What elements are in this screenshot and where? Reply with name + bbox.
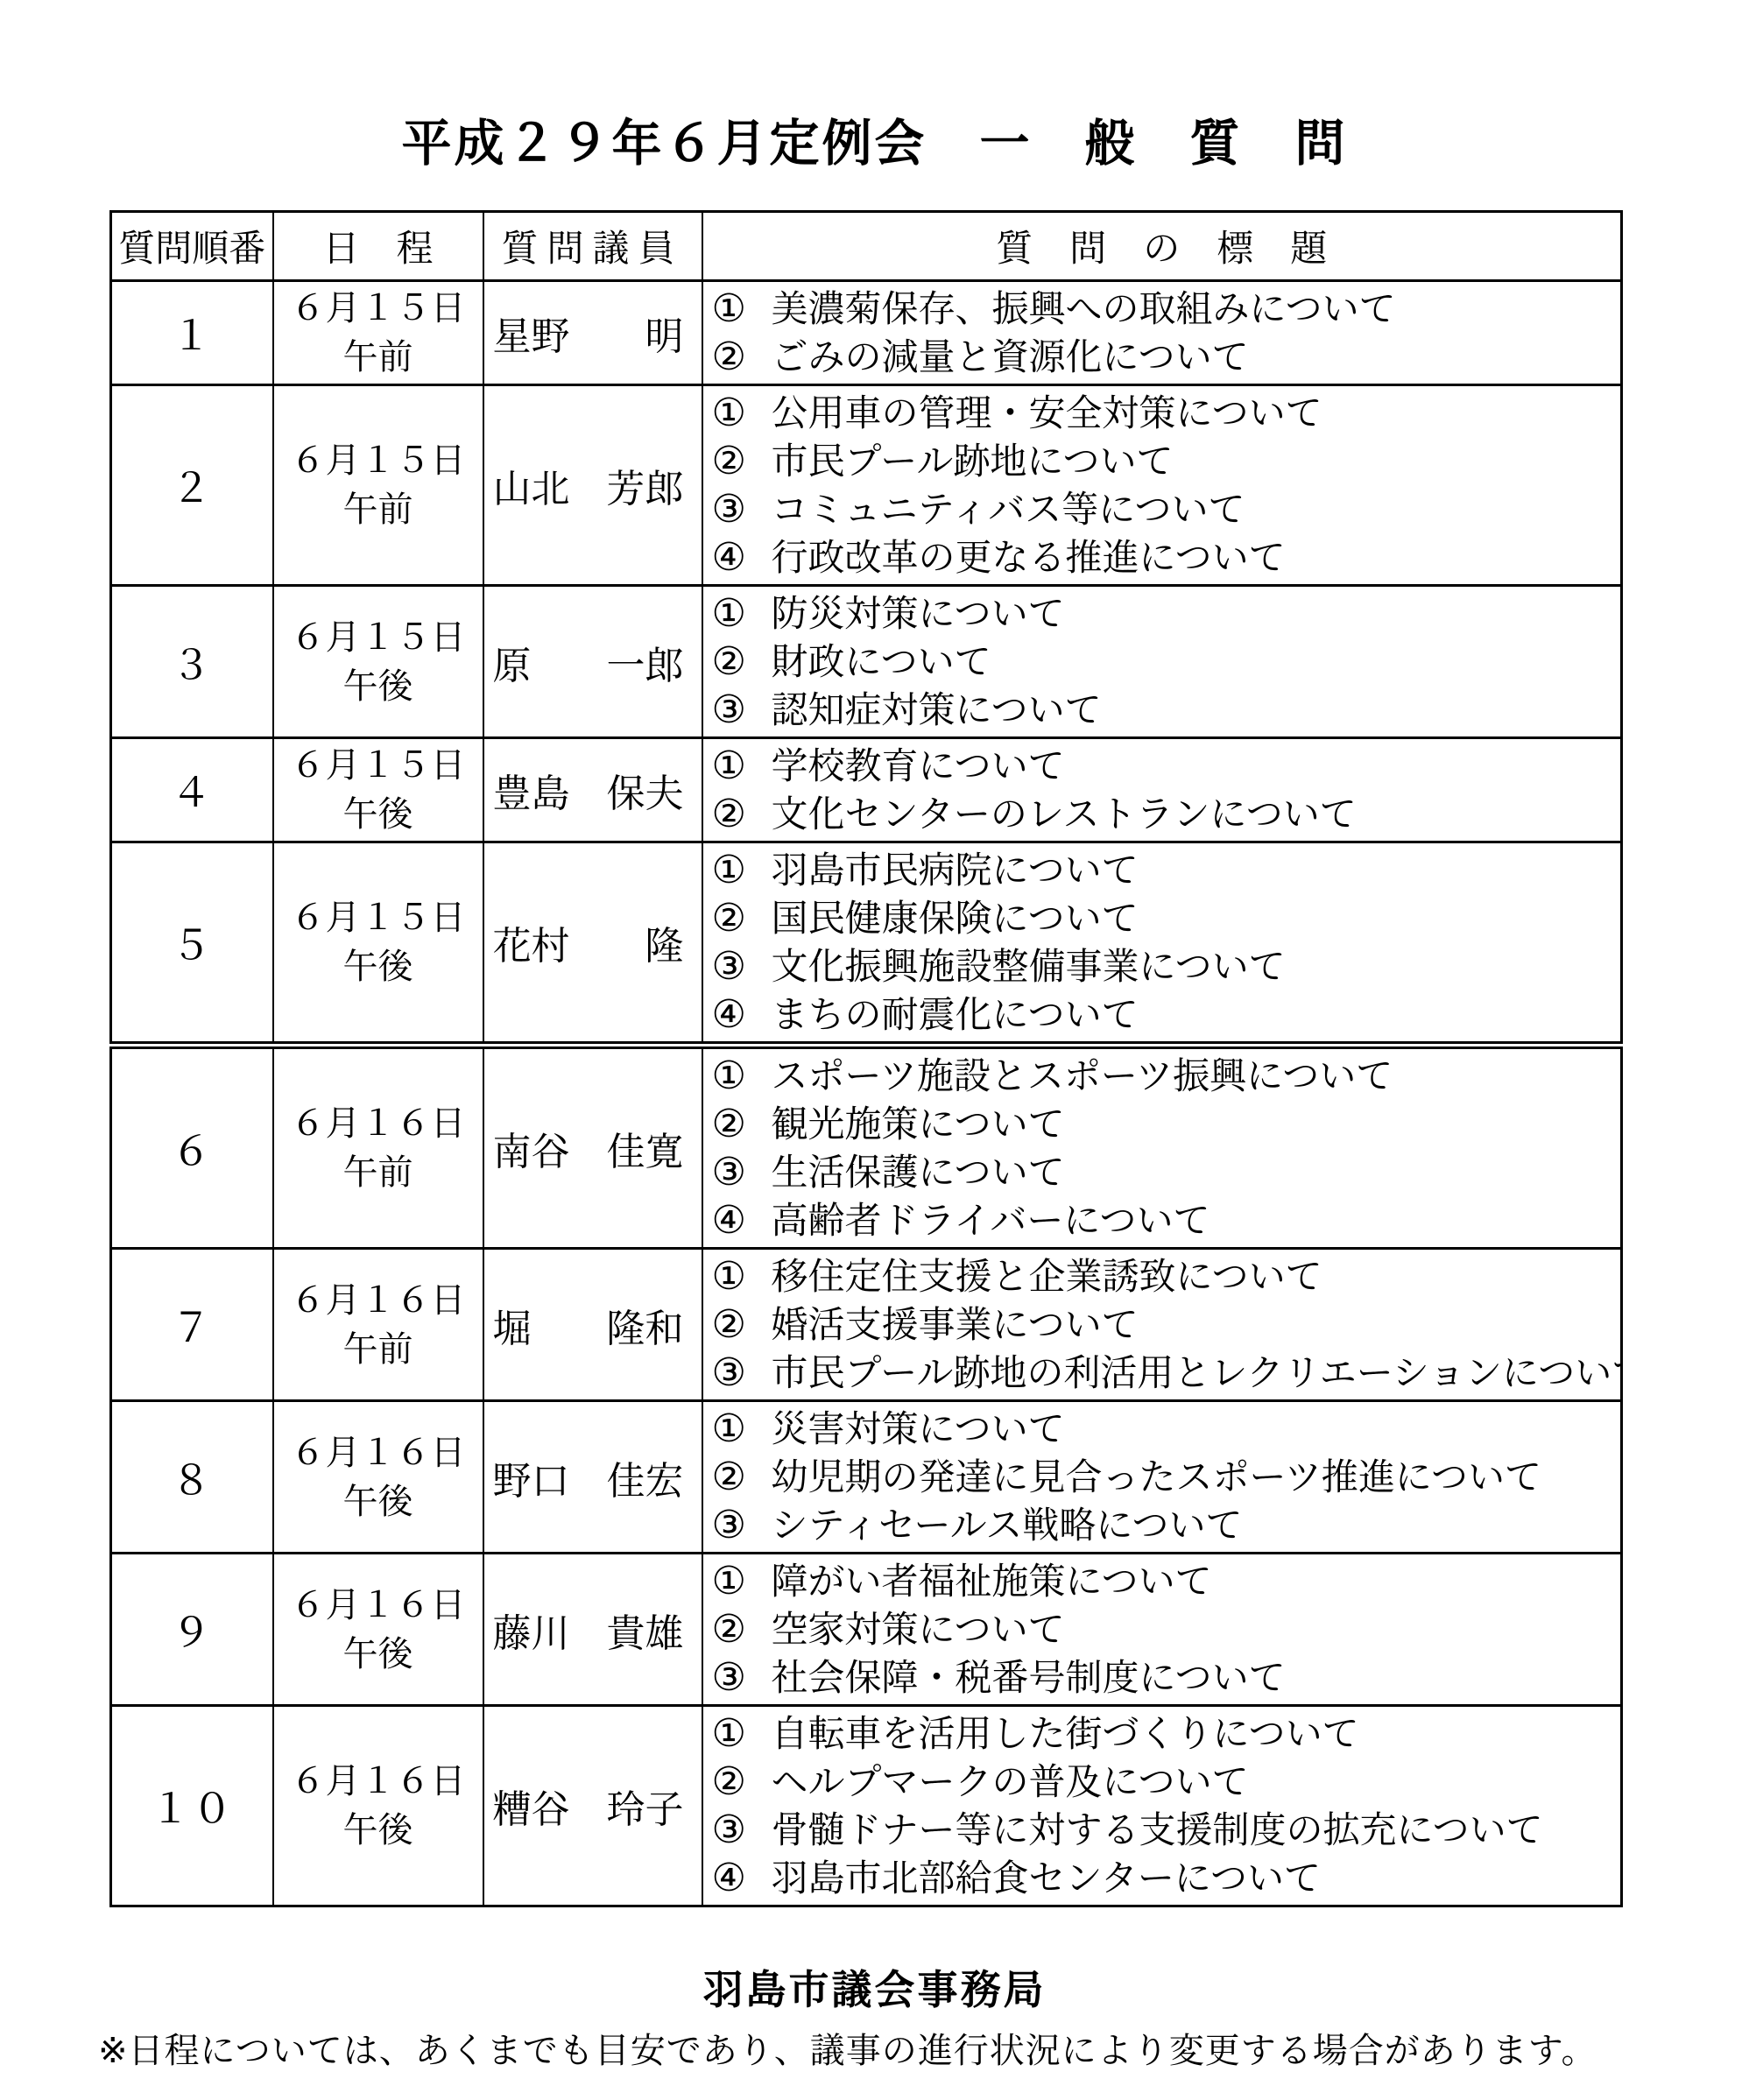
schedule-date: ６月１５日 [274,893,483,942]
questions-cell: ①スポーツ施設とスポーツ振興について②観光施策について③生活保護について④高齢者… [702,1046,1622,1249]
member-name: 堀隆和 [493,1297,684,1353]
header-question-title: 質 問 の 標 題 [702,212,1622,281]
member-name: 原一郎 [493,634,684,690]
question-text: 婚活支援事業について [772,1300,1139,1349]
question-text: 行政改革の更なる推進について [772,533,1286,581]
schedule-cell: ６月１６日午前 [273,1046,483,1249]
table-row: ２６月１５日午前山北芳郎①公用車の管理・安全対策について②市民プール跡地について… [111,385,1622,586]
order-cell: ５ [111,842,273,1046]
table-row: ４６月１５日午後豊島保夫①学校教育について②文化センターのレストランについて [111,738,1622,842]
schedule-cell: ６月１５日午後 [273,738,483,842]
footer-office: 羽島市議会事務局 [0,1958,1749,2016]
schedule-cell: ６月１５日午前 [273,281,483,385]
order-cell: ３ [111,586,273,738]
schedule-cell: ６月１５日午後 [273,586,483,738]
schedule-date: ６月１６日 [274,1581,483,1630]
member-cell: 堀隆和 [483,1249,702,1401]
question-line: ④まちの耐震化について [712,990,1616,1039]
schedule-cell: ６月１６日午後 [273,1401,483,1554]
table-row: ３６月１５日午後原一郎①防災対策について②財政について③認知症対策について [111,586,1622,738]
question-marker: ③ [712,686,752,734]
question-text: 高齢者ドライバーについて [772,1196,1210,1244]
footer-note: ※日程については、あくまでも目安であり、議事の進行状況により変更する場合がありま… [98,2023,1749,2073]
question-line: ②国民健康保険について [712,894,1616,942]
schedule-session: 午前 [274,1325,483,1374]
question-line: ②ヘルプマークの普及について [712,1758,1616,1806]
page: { "page": { "title": "平成２９年６月定例会 一 般 質 問… [0,0,1749,2100]
question-marker: ③ [712,485,752,533]
question-line: ①防災対策について [712,589,1616,638]
schedule-date: ６月１６日 [274,1428,483,1477]
member-last-name: 南谷 [493,1120,570,1176]
order-cell: １０ [111,1706,273,1906]
member-name: 山北芳郎 [493,457,684,513]
question-marker: ③ [712,1806,752,1854]
order-cell: ６ [111,1046,273,1249]
question-line: ①羽島市民病院について [712,846,1616,894]
question-marker: ② [712,1100,752,1148]
questions-cell: ①移住定住支援と企業誘致について②婚活支援事業について③市民プール跡地の利活用と… [702,1249,1622,1401]
question-marker: ① [712,1709,752,1758]
document: 平成２９年６月定例会 一 般 質 問 質問順番 日 程 質問議員 質 問 の 標… [0,0,1749,2100]
questions-cell: ①学校教育について②文化センターのレストランについて [702,738,1622,842]
member-last-name: 野口 [493,1449,570,1505]
question-marker: ② [712,1453,752,1501]
schedule-cell: ６月１５日午前 [273,385,483,586]
member-first-name: 佳宏 [607,1449,684,1505]
question-marker: ④ [712,990,752,1039]
table-row: ５６月１５日午後花村隆①羽島市民病院について②国民健康保険について③文化振興施設… [111,842,1622,1046]
question-line: ①災害対策について [712,1405,1616,1453]
question-line: ①自転車を活用した街づくりについて [712,1709,1616,1758]
question-marker: ② [712,333,752,381]
question-text: 空家対策について [772,1605,1065,1653]
questions-cell: ①災害対策について②幼児期の発達に見合ったスポーツ推進について③シティセールス戦… [702,1401,1622,1554]
schedule-date: ６月１６日 [274,1757,483,1806]
schedule-session: 午前 [274,485,483,534]
question-text: 生活保護について [772,1148,1065,1196]
table-row: １６月１５日午前星野明①美濃菊保存、振興への取組みについて②ごみの減量と資源化に… [111,281,1622,385]
question-marker: ④ [712,1196,752,1244]
member-first-name: 隆和 [607,1297,684,1353]
member-last-name: 花村 [493,914,570,970]
question-text: 公用車の管理・安全対策について [772,389,1322,437]
question-marker: ③ [712,1653,752,1702]
question-line: ①公用車の管理・安全対策について [712,389,1616,437]
question-line: ①スポーツ施設とスポーツ振興について [712,1052,1616,1100]
member-first-name: 明 [645,305,684,361]
member-name: 花村隆 [493,914,684,970]
question-line: ④高齢者ドライバーについて [712,1196,1616,1244]
member-first-name: 保夫 [607,762,684,818]
question-text: 市民プール跡地について [772,437,1174,485]
schedule-session: 午後 [274,1630,483,1679]
member-cell: 豊島保夫 [483,738,702,842]
member-name: 星野明 [493,305,684,361]
member-cell: 藤川貴雄 [483,1554,702,1706]
schedule-session: 午後 [274,942,483,991]
question-line: ④行政改革の更なる推進について [712,533,1616,581]
question-text: 羽島市民病院について [772,846,1139,894]
questions-cell: ①防災対策について②財政について③認知症対策について [702,586,1622,738]
question-line: ③生活保護について [712,1148,1616,1196]
question-marker: ① [712,589,752,638]
question-text: 移住定住支援と企業誘致について [772,1252,1322,1300]
schedule-date: ６月１６日 [274,1099,483,1148]
schedule-date: ６月１５日 [274,284,483,333]
table-row: ６６月１６日午前南谷佳寛①スポーツ施設とスポーツ振興について②観光施策について③… [111,1046,1622,1249]
table-body: １６月１５日午前星野明①美濃菊保存、振興への取組みについて②ごみの減量と資源化に… [111,281,1622,1906]
question-line: ②市民プール跡地について [712,437,1616,485]
question-line: ①移住定住支援と企業誘致について [712,1252,1616,1300]
question-marker: ③ [712,1148,752,1196]
table-row: ７６月１６日午前堀隆和①移住定住支援と企業誘致について②婚活支援事業について③市… [111,1249,1622,1401]
question-text: 認知症対策について [772,686,1102,734]
question-marker: ④ [712,533,752,581]
question-text: シティセールス戦略について [772,1501,1243,1549]
member-first-name: 佳寛 [607,1120,684,1176]
question-marker: ③ [712,942,752,990]
member-name: 豊島保夫 [493,762,684,818]
member-cell: 山北芳郎 [483,385,702,586]
member-last-name: 星野 [493,305,570,361]
question-line: ②幼児期の発達に見合ったスポーツ推進について [712,1453,1616,1501]
member-first-name: 芳郎 [607,457,684,513]
question-marker: ② [712,638,752,686]
page-title: 平成２９年６月定例会 一 般 質 問 [0,0,1749,175]
question-marker: ③ [712,1349,752,1397]
order-cell: ４ [111,738,273,842]
question-text: 学校教育について [772,742,1065,790]
schedule-cell: ６月１６日午後 [273,1706,483,1906]
question-text: スポーツ施設とスポーツ振興について [772,1052,1393,1100]
table-row: ９６月１６日午後藤川貴雄①障がい者福祉施策について②空家対策について③社会保障・… [111,1554,1622,1706]
question-text: ごみの減量と資源化について [772,333,1249,381]
member-name: 南谷佳寛 [493,1120,684,1176]
member-cell: 野口佳宏 [483,1401,702,1554]
schedule-cell: ６月１６日午前 [273,1249,483,1401]
question-marker: ② [712,1605,752,1653]
order-cell: ８ [111,1401,273,1554]
question-line: ②観光施策について [712,1100,1616,1148]
question-text: 羽島市北部給食センターについて [772,1854,1321,1902]
member-last-name: 原 [493,634,532,690]
member-last-name: 藤川 [493,1602,570,1658]
schedule-session: 午後 [274,1477,483,1526]
question-text: 財政について [772,638,991,686]
order-cell: ２ [111,385,273,586]
question-marker: ① [712,1405,752,1453]
member-name: 野口佳宏 [493,1449,684,1505]
questions-cell: ①羽島市民病院について②国民健康保険について③文化振興施設整備事業について④まち… [702,842,1622,1046]
question-text: 社会保障・税番号制度について [772,1653,1286,1702]
question-line: ②ごみの減量と資源化について [712,333,1616,381]
member-cell: 原一郎 [483,586,702,738]
question-line: ①障がい者福祉施策について [712,1557,1616,1605]
question-line: ③社会保障・税番号制度について [712,1653,1616,1702]
question-marker: ② [712,790,752,838]
schedule-session: 午後 [274,790,483,839]
question-text: 幼児期の発達に見合ったスポーツ推進について [772,1453,1541,1501]
order-cell: ７ [111,1249,273,1401]
questions-table: 質問順番 日 程 質問議員 質 問 の 標 題 １６月１５日午前星野明①美濃菊保… [109,210,1623,1907]
question-line: ①学校教育について [712,742,1616,790]
member-cell: 花村隆 [483,842,702,1046]
member-cell: 星野明 [483,281,702,385]
member-cell: 南谷佳寛 [483,1046,702,1249]
order-cell: １ [111,281,273,385]
member-last-name: 糟谷 [493,1778,570,1834]
question-text: ヘルプマークの普及について [772,1758,1249,1806]
question-text: コミュニティバス等について [772,485,1245,533]
member-last-name: 堀 [493,1297,532,1353]
question-marker: ③ [712,1501,752,1549]
question-line: ③文化振興施設整備事業について [712,942,1616,990]
schedule-cell: ６月１６日午後 [273,1554,483,1706]
schedule-date: ６月１５日 [274,613,483,662]
question-line: ③骨髄ドナー等に対する支援制度の拡充について [712,1806,1616,1854]
question-marker: ① [712,1052,752,1100]
question-marker: ① [712,389,752,437]
question-text: 美濃菊保存、振興への取組みについて [772,285,1396,333]
question-text: 文化振興施設整備事業について [772,942,1286,990]
question-marker: ① [712,1557,752,1605]
member-name: 糟谷玲子 [493,1778,684,1834]
table-row: ８６月１６日午後野口佳宏①災害対策について②幼児期の発達に見合ったスポーツ推進に… [111,1401,1622,1554]
question-line: ④羽島市北部給食センターについて [712,1854,1616,1902]
table-row: １０６月１６日午後糟谷玲子①自転車を活用した街づくりについて②ヘルプマークの普及… [111,1706,1622,1906]
question-marker: ② [712,437,752,485]
schedule-session: 午後 [274,1806,483,1855]
member-last-name: 豊島 [493,762,570,818]
questions-cell: ①公用車の管理・安全対策について②市民プール跡地について③コミュニティバス等につ… [702,385,1622,586]
schedule-session: 午前 [274,333,483,382]
question-marker: ① [712,742,752,790]
question-marker: ④ [712,1854,752,1902]
member-first-name: 貴雄 [607,1602,684,1658]
member-first-name: 隆 [645,914,684,970]
question-marker: ① [712,1252,752,1300]
question-text: 障がい者福祉施策について [772,1557,1212,1605]
questions-cell: ①障がい者福祉施策について②空家対策について③社会保障・税番号制度について [702,1554,1622,1706]
schedule-date: ６月１５日 [274,741,483,790]
question-text: まちの耐震化について [772,990,1139,1039]
question-text: 国民健康保険について [772,894,1139,942]
question-line: ②空家対策について [712,1605,1616,1653]
question-text: 防災対策について [772,589,1065,638]
schedule-date: ６月１５日 [274,436,483,485]
question-line: ③シティセールス戦略について [712,1501,1616,1549]
question-text: 骨髄ドナー等に対する支援制度の拡充について [772,1806,1543,1854]
question-marker: ① [712,285,752,333]
member-first-name: 玲子 [607,1778,684,1834]
question-marker: ② [712,894,752,942]
question-text: 観光施策について [772,1100,1065,1148]
question-text: 自転車を活用した街づくりについて [772,1709,1359,1758]
questions-cell: ①自転車を活用した街づくりについて②ヘルプマークの普及について③骨髄ドナー等に対… [702,1706,1622,1906]
schedule-cell: ６月１５日午後 [273,842,483,1046]
question-line: ③コミュニティバス等について [712,485,1616,533]
question-line: ①美濃菊保存、振興への取組みについて [712,285,1616,333]
schedule-date: ６月１６日 [274,1276,483,1325]
member-cell: 糟谷玲子 [483,1706,702,1906]
question-text: 災害対策について [772,1405,1065,1453]
header-member: 質問議員 [483,212,702,281]
header-row: 質問順番 日 程 質問議員 質 問 の 標 題 [111,212,1622,281]
question-line: ②財政について [712,638,1616,686]
schedule-session: 午後 [274,662,483,711]
questions-cell: ①美濃菊保存、振興への取組みについて②ごみの減量と資源化について [702,281,1622,385]
header-schedule: 日 程 [273,212,483,281]
question-line: ③市民プール跡地の利活用とレクリエーションについて [712,1349,1616,1397]
schedule-session: 午前 [274,1148,483,1197]
header-order: 質問順番 [111,212,273,281]
question-marker: ① [712,846,752,894]
question-text: 市民プール跡地の利活用とレクリエーションについて [772,1349,1622,1397]
member-name: 藤川貴雄 [493,1602,684,1658]
question-marker: ② [712,1758,752,1806]
question-line: ②婚活支援事業について [712,1300,1616,1349]
question-line: ③認知症対策について [712,686,1616,734]
member-last-name: 山北 [493,457,570,513]
order-cell: ９ [111,1554,273,1706]
question-text: 文化センターのレストランについて [772,790,1357,838]
member-first-name: 一郎 [607,634,684,690]
question-marker: ② [712,1300,752,1349]
question-line: ②文化センターのレストランについて [712,790,1616,838]
